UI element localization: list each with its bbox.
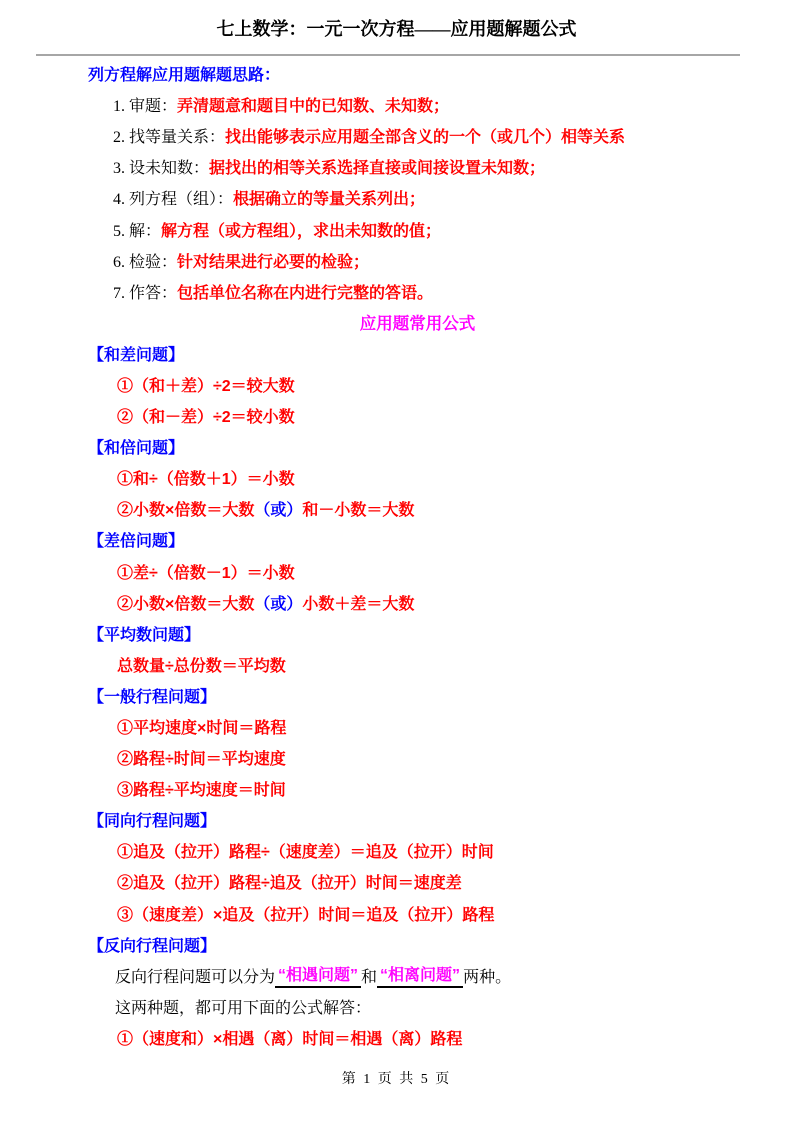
formula-text: ①平均速度×时间＝路程 — [117, 715, 286, 738]
paragraph-line: 这两种题，都可用下面的公式解答： — [0, 991, 793, 1022]
step-label: 3. 设未知数： — [113, 155, 209, 178]
paragraph-text: 和 — [361, 964, 377, 987]
section-heading-fanxiang: 【反向行程问题】 — [0, 929, 793, 960]
formula-text: ①（和＋差）÷2＝较大数 — [117, 373, 295, 396]
step-item-1: 1. 审题： 弄清题意和题目中的已知数、未知数； — [0, 89, 793, 120]
step-item-3: 3. 设未知数： 据找出的相等关系选择直接或间接设置未知数； — [0, 151, 793, 182]
step-text: 根据确立的等量关系列出； — [233, 186, 425, 209]
step-item-4: 4. 列方程（组）： 根据确立的等量关系列出； — [0, 182, 793, 213]
paragraph-text: 反向行程问题可以分为 — [115, 964, 275, 987]
formula-line: ②小数×倍数＝大数 （或） 和－小数＝大数 — [0, 493, 793, 524]
formula-text: ①差÷（倍数－1）＝小数 — [117, 560, 295, 583]
formula-line: ①（速度和）×相遇（离）时间＝相遇（离）路程 — [0, 1022, 793, 1053]
formula-line: ③路程÷平均速度＝时间 — [0, 773, 793, 804]
formula-line: ②（和－差）÷2＝较小数 — [0, 400, 793, 431]
step-item-2: 2. 找等量关系： 找出能够表示应用题全部含义的一个（或几个）相等关系 — [0, 120, 793, 151]
document-page: 七上数学：一元一次方程——应用题解题公式 列方程解应用题解题思路： 1. 审题：… — [0, 0, 793, 1122]
section-heading: 【同向行程问题】 — [88, 808, 216, 831]
formula-line: ②追及（拉开）路程÷追及（拉开）时间＝速度差 — [0, 866, 793, 897]
step-item-7: 7. 作答： 包括单位名称在内进行完整的答语。 — [0, 276, 793, 307]
section-heading-pingjun: 【平均数问题】 — [0, 618, 793, 649]
formula-line: 总数量÷总份数＝平均数 — [0, 649, 793, 680]
term-separate-problem: “相离问题” — [377, 962, 463, 988]
formula-text: ①（速度和）×相遇（离）时间＝相遇（离）路程 — [117, 1026, 462, 1049]
page-title: 七上数学：一元一次方程——应用题解题公式 — [0, 0, 793, 41]
step-text: 包括单位名称在内进行完整的答语。 — [177, 280, 433, 303]
formula-line: ②路程÷时间＝平均速度 — [0, 742, 793, 773]
section-heading: 【差倍问题】 — [88, 528, 184, 551]
paragraph-text: 这两种题，都可用下面的公式解答： — [115, 995, 371, 1018]
step-text: 据找出的相等关系选择直接或间接设置未知数； — [209, 155, 545, 178]
formula-text: 小数＋差＝大数 — [302, 591, 414, 614]
page-number-footer: 第 1 页 共 5 页 — [0, 1068, 793, 1088]
section-heading: 【和差问题】 — [88, 342, 184, 365]
section-heading: 【平均数问题】 — [88, 622, 200, 645]
formula-line: ①和÷（倍数＋1）＝小数 — [0, 462, 793, 493]
formula-text: ③路程÷平均速度＝时间 — [117, 777, 286, 800]
formula-text: ②追及（拉开）路程÷追及（拉开）时间＝速度差 — [117, 870, 462, 893]
formula-line: ①（和＋差）÷2＝较大数 — [0, 369, 793, 400]
formula-line: ③（速度差）×追及（拉开）时间＝追及（拉开）路程 — [0, 898, 793, 929]
step-label: 6. 检验： — [113, 249, 177, 272]
formula-text: ②小数×倍数＝大数 — [117, 497, 254, 520]
intro-heading-line: 列方程解应用题解题思路： — [0, 58, 793, 89]
step-text: 找出能够表示应用题全部含义的一个（或几个）相等关系 — [225, 124, 625, 147]
section-heading: 【反向行程问题】 — [88, 933, 216, 956]
paragraph-line: 反向行程问题可以分为 “相遇问题” 和 “相离问题” 两种。 — [0, 960, 793, 991]
formula-text: ①追及（拉开）路程÷（速度差）＝追及（拉开）时间 — [117, 839, 494, 862]
step-label: 7. 作答： — [113, 280, 177, 303]
step-label: 4. 列方程（组）： — [113, 186, 233, 209]
formula-or-connector: （或） — [254, 591, 302, 614]
paragraph-text: 两种。 — [463, 964, 511, 987]
step-label: 1. 审题： — [113, 93, 177, 116]
document-body: 列方程解应用题解题思路： 1. 审题： 弄清题意和题目中的已知数、未知数； 2.… — [0, 56, 793, 1053]
formula-text: ③（速度差）×追及（拉开）时间＝追及（拉开）路程 — [117, 902, 494, 925]
section-heading-hebei: 【和倍问题】 — [0, 431, 793, 462]
formula-line: ①追及（拉开）路程÷（速度差）＝追及（拉开）时间 — [0, 835, 793, 866]
formulas-title-line: 应用题常用公式 — [0, 307, 793, 338]
step-item-6: 6. 检验： 针对结果进行必要的检验； — [0, 245, 793, 276]
formula-text: ②路程÷时间＝平均速度 — [117, 746, 286, 769]
intro-heading: 列方程解应用题解题思路： — [88, 62, 280, 85]
step-text: 针对结果进行必要的检验； — [177, 249, 369, 272]
formula-line: ①差÷（倍数－1）＝小数 — [0, 556, 793, 587]
formula-text: ②小数×倍数＝大数 — [117, 591, 254, 614]
formula-or-connector: （或） — [254, 497, 302, 520]
formulas-title: 应用题常用公式 — [360, 310, 476, 334]
section-heading-yiban: 【一般行程问题】 — [0, 680, 793, 711]
term-meet-problem: “相遇问题” — [275, 962, 361, 988]
step-label: 2. 找等量关系： — [113, 124, 225, 147]
section-heading: 【一般行程问题】 — [88, 684, 216, 707]
formula-text: ①和÷（倍数＋1）＝小数 — [117, 466, 295, 489]
step-label: 5. 解： — [113, 218, 161, 241]
section-heading: 【和倍问题】 — [88, 435, 184, 458]
step-item-5: 5. 解： 解方程（或方程组），求出未知数的值； — [0, 213, 793, 244]
section-heading-tongxiang: 【同向行程问题】 — [0, 804, 793, 835]
formula-text: 总数量÷总份数＝平均数 — [117, 653, 286, 676]
formula-line: ②小数×倍数＝大数 （或） 小数＋差＝大数 — [0, 587, 793, 618]
section-heading-hecha: 【和差问题】 — [0, 338, 793, 369]
formula-text: ②（和－差）÷2＝较小数 — [117, 404, 295, 427]
formula-text: 和－小数＝大数 — [302, 497, 414, 520]
step-text: 解方程（或方程组），求出未知数的值； — [161, 218, 441, 241]
step-text: 弄清题意和题目中的已知数、未知数； — [177, 93, 449, 116]
formula-line: ①平均速度×时间＝路程 — [0, 711, 793, 742]
section-heading-chabei: 【差倍问题】 — [0, 524, 793, 555]
